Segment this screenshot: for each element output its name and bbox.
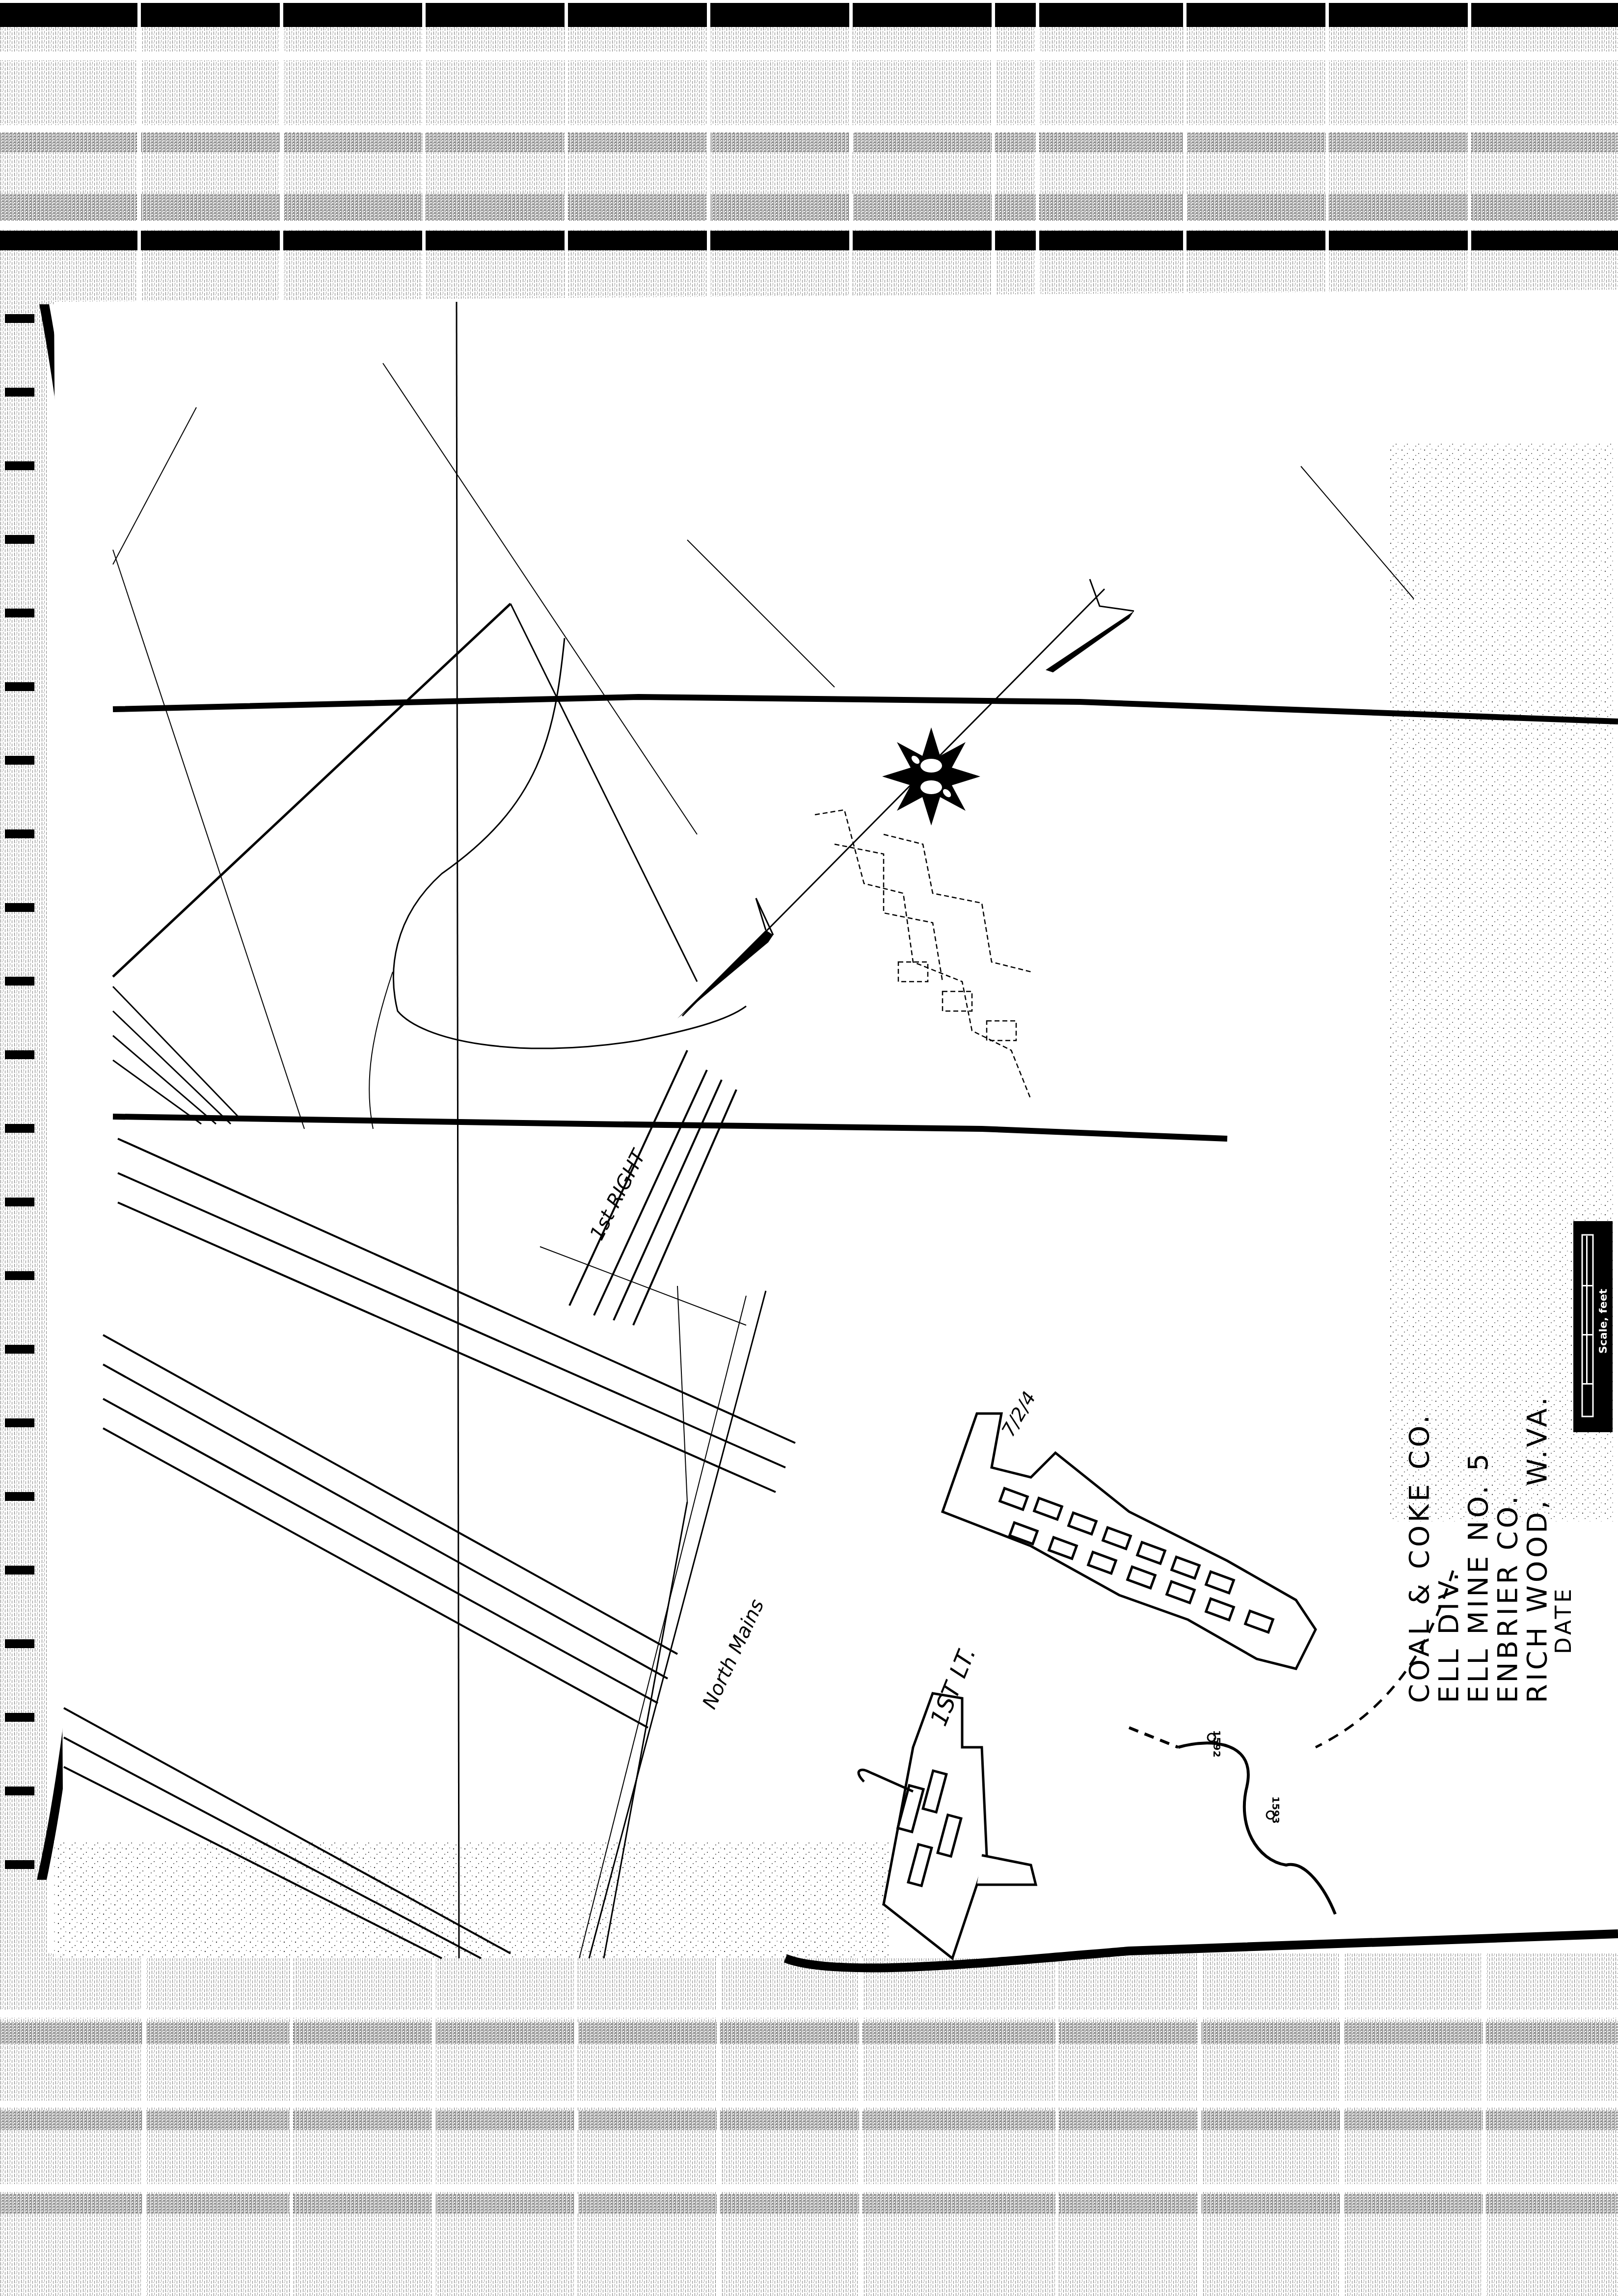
title-line-division: ELL DIV. xyxy=(1433,1570,1465,1703)
svg-text:1592: 1592 xyxy=(1211,1730,1223,1758)
title-line-company: COAL & COKE CO. xyxy=(1403,1412,1435,1703)
mine-map: 1st RIGHT North Mains 1ST LT. 7/2/4 1592… xyxy=(0,0,1618,2296)
svg-text:1593: 1593 xyxy=(1270,1796,1282,1824)
title-line-mine: ELL MINE NO. 5 xyxy=(1462,1451,1494,1703)
background-grid-bottom xyxy=(0,1953,1618,2296)
title-line-date: DATE xyxy=(1551,1586,1576,1654)
background-grid-top xyxy=(0,0,1618,304)
compass-rose-icon xyxy=(882,727,980,826)
title-line-town: RICH WOOD, W.VA. xyxy=(1521,1394,1553,1703)
title-line-county: ENBRIER CO. xyxy=(1492,1493,1524,1703)
map-sheet xyxy=(54,290,1618,1968)
scale-bar: Scale, feet xyxy=(1573,1221,1613,1432)
scale-bar-label: Scale, feet xyxy=(1597,1288,1610,1354)
